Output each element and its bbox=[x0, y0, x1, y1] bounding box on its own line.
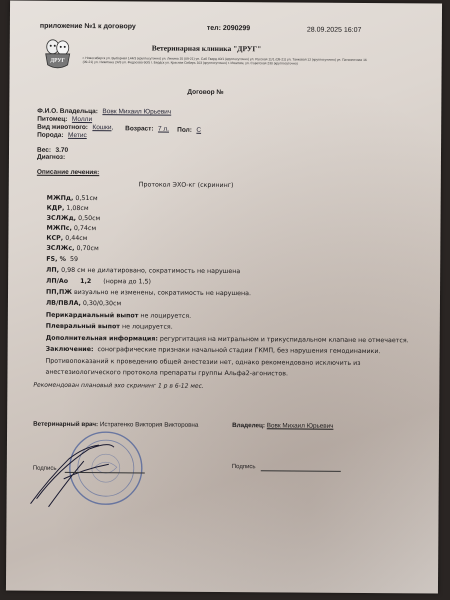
pleural-row: Плевральный выпот не лоцируется. bbox=[46, 323, 173, 331]
measurement-row: МЖПд, 0,51см bbox=[47, 195, 98, 202]
svg-text:ДРУГ: ДРУГ bbox=[50, 58, 65, 64]
sex-value: С bbox=[196, 127, 201, 134]
clinic-addresses: г. Новосибирск ул. Выборная 144/3 (кругл… bbox=[83, 56, 373, 66]
owner-value: Вовк Михаил Юрьевич bbox=[102, 108, 171, 115]
document-datetime: 28.09.2025 16:07 bbox=[307, 27, 362, 34]
sex-row: Пол: С bbox=[177, 119, 201, 137]
age-label: Возраст: bbox=[125, 125, 153, 132]
recommendation: Рекомендован плановый эхо скрининг 1 р в… bbox=[33, 382, 203, 390]
owner-sign-label-2: Подпись bbox=[232, 464, 256, 470]
measurement-row: КДР, 1,08см bbox=[47, 205, 89, 212]
document-page: приложение №1 к договору тел: 2090299 28… bbox=[6, 0, 442, 593]
vet-sign-label: Подпись bbox=[33, 466, 57, 472]
owner-sign-name: Вовк Михаил Юрьевич bbox=[267, 422, 334, 429]
lp-row: ЛП, 0,98 см не дилатировано, сократимост… bbox=[46, 267, 240, 275]
measurement-row: КСР, 0,44см bbox=[46, 235, 87, 242]
species-value: Кошки bbox=[92, 124, 111, 131]
owner-sign-row: Владелец: Вовк Михаил Юрьевич bbox=[232, 422, 333, 430]
vet-row: Ветеринарный врач: Истратенко Виктория В… bbox=[33, 421, 198, 429]
appendix-label: приложение №1 к договору bbox=[40, 23, 136, 31]
sex-label: Пол: bbox=[177, 127, 192, 134]
breed-value: Метис bbox=[68, 132, 87, 139]
protocol-title: Протокол ЭХО-кг (скрининг) bbox=[139, 181, 234, 189]
conclusion-line-2: Противопоказаний к проведению общей анес… bbox=[46, 358, 361, 367]
additional-info-row: Дополнительная информация: регургитация … bbox=[46, 335, 409, 345]
clinic-phone: тел: 2090299 bbox=[207, 25, 250, 32]
measurement-row: ЗСЛЖс, 0,70см bbox=[46, 245, 98, 252]
vet-name: Истратенко Виктория Викторовна bbox=[100, 421, 199, 429]
measurement-row: FS, % 59 bbox=[46, 256, 78, 263]
lp-ao-row: ЛП/Ао 1,2 (норма до 1,5) bbox=[46, 278, 151, 286]
treatment-section-label: Описание лечения: bbox=[37, 169, 99, 176]
vet-label: Ветеринарный врач: bbox=[33, 421, 98, 428]
contract-title: Договор № bbox=[187, 89, 223, 96]
clinic-logo-icon: ДРУГ bbox=[42, 37, 74, 71]
lv-pvla-row: ЛВ/ПВЛА, 0,30/0,30см bbox=[46, 300, 121, 308]
measurement-row: ЗСЛЖд, 0,50см bbox=[47, 215, 101, 222]
diagnosis-label: Диагноз: bbox=[37, 154, 65, 161]
age-row: Возраст: 7 л. bbox=[125, 117, 169, 135]
conclusion-line-3: анестезиологического протокола препараты… bbox=[45, 369, 288, 378]
pp-pzh-row: ПП,ПЖ визуально не изменены, сократимост… bbox=[46, 289, 251, 297]
measurement-row: МЖПс, 0,74см bbox=[46, 225, 96, 232]
owner-signature-line[interactable] bbox=[261, 470, 341, 472]
pericardial-row: Перикардиальный выпот не лоцируется. bbox=[46, 312, 191, 320]
owner-sign-label: Владелец: bbox=[232, 422, 265, 429]
clinic-name: Ветеринарная клиника "ДРУГ" bbox=[152, 43, 262, 53]
age-value: 7 л. bbox=[158, 126, 169, 133]
conclusion-row: Заключение: сонографические признаки нач… bbox=[46, 346, 381, 355]
vet-signature-icon bbox=[29, 439, 139, 510]
